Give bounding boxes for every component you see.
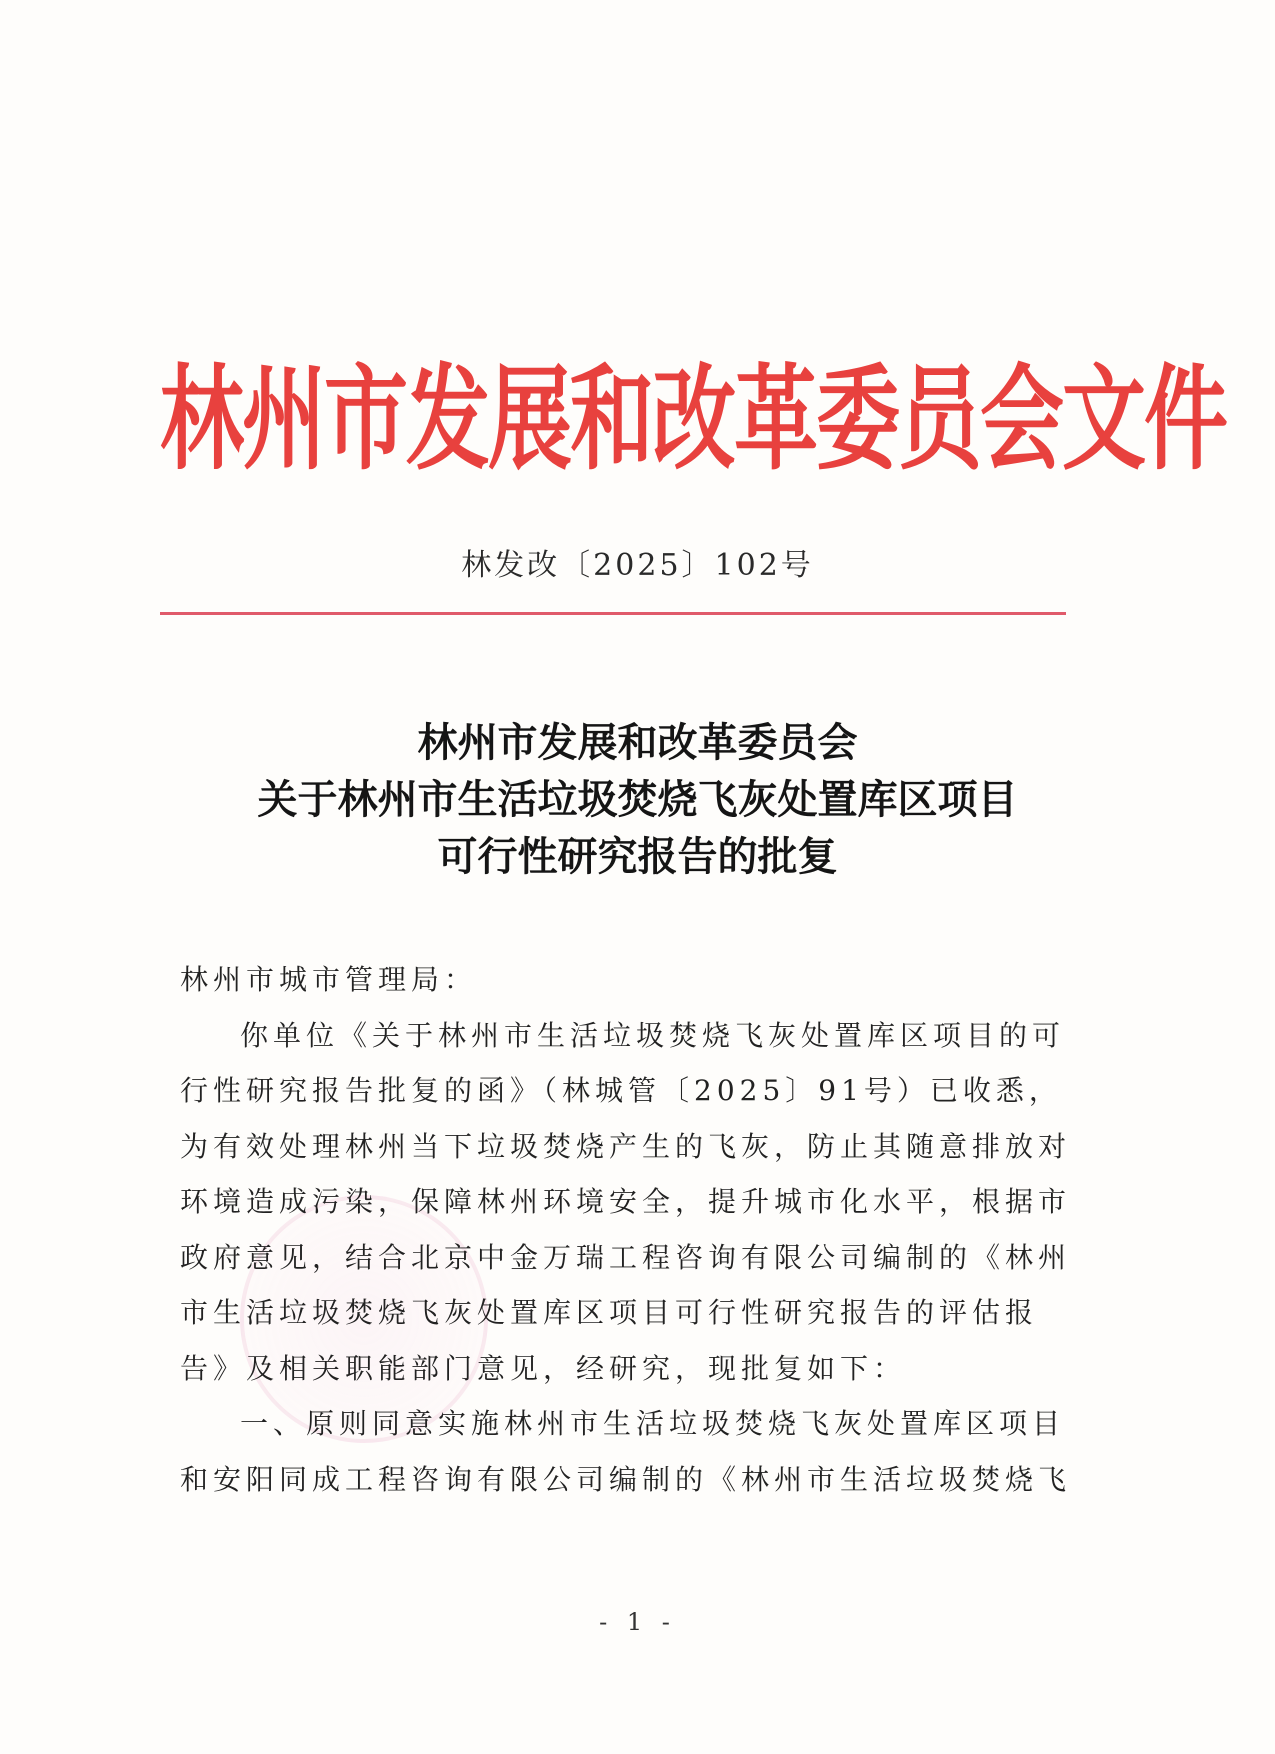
red-divider-line — [160, 612, 1066, 615]
body-line: 告》及相关职能部门意见，经研究，现批复如下： — [180, 1341, 1080, 1397]
body-line: 行性研究报告批复的函》（林城管〔2025〕91号）已收悉， — [180, 1063, 1080, 1119]
document-red-header: 林州市发展和改革委员会文件 — [160, 345, 1065, 494]
body-line: 和安阳同成工程咨询有限公司编制的《林州市生活垃圾焚烧飞 — [180, 1452, 1080, 1508]
body-line: 为有效处理林州当下垃圾焚烧产生的飞灰，防止其随意排放对 — [180, 1119, 1080, 1175]
title-line-3: 可行性研究报告的批复 — [0, 829, 1275, 886]
body-line: 你单位《关于林州市生活垃圾焚烧飞灰处置库区项目的可 — [180, 1008, 1080, 1064]
body-line: 一、原则同意实施林州市生活垃圾焚烧飞灰处置库区项目 — [180, 1396, 1080, 1452]
addressee: 林州市城市管理局： — [180, 952, 1080, 1008]
document-page: 林州市发展和改革委员会文件 林发改〔2025〕102号 林州市发展和改革委员会 … — [0, 0, 1275, 1754]
document-number: 林发改〔2025〕102号 — [0, 540, 1275, 584]
title-line-2: 关于林州市生活垃圾焚烧飞灰处置库区项目 — [0, 772, 1275, 829]
title-line-1: 林州市发展和改革委员会 — [0, 715, 1275, 772]
document-body: 林州市城市管理局： 你单位《关于林州市生活垃圾焚烧飞灰处置库区项目的可 行性研究… — [180, 952, 1080, 1507]
body-line: 环境造成污染，保障林州环境安全，提升城市化水平，根据市 — [180, 1174, 1080, 1230]
body-line: 政府意见，结合北京中金万瑞工程咨询有限公司编制的《林州 — [180, 1230, 1080, 1286]
page-number: - 1 - — [0, 1608, 1275, 1636]
body-line: 市生活垃圾焚烧飞灰处置库区项目可行性研究报告的评估报 — [180, 1285, 1080, 1341]
document-title: 林州市发展和改革委员会 关于林州市生活垃圾焚烧飞灰处置库区项目 可行性研究报告的… — [0, 715, 1275, 886]
